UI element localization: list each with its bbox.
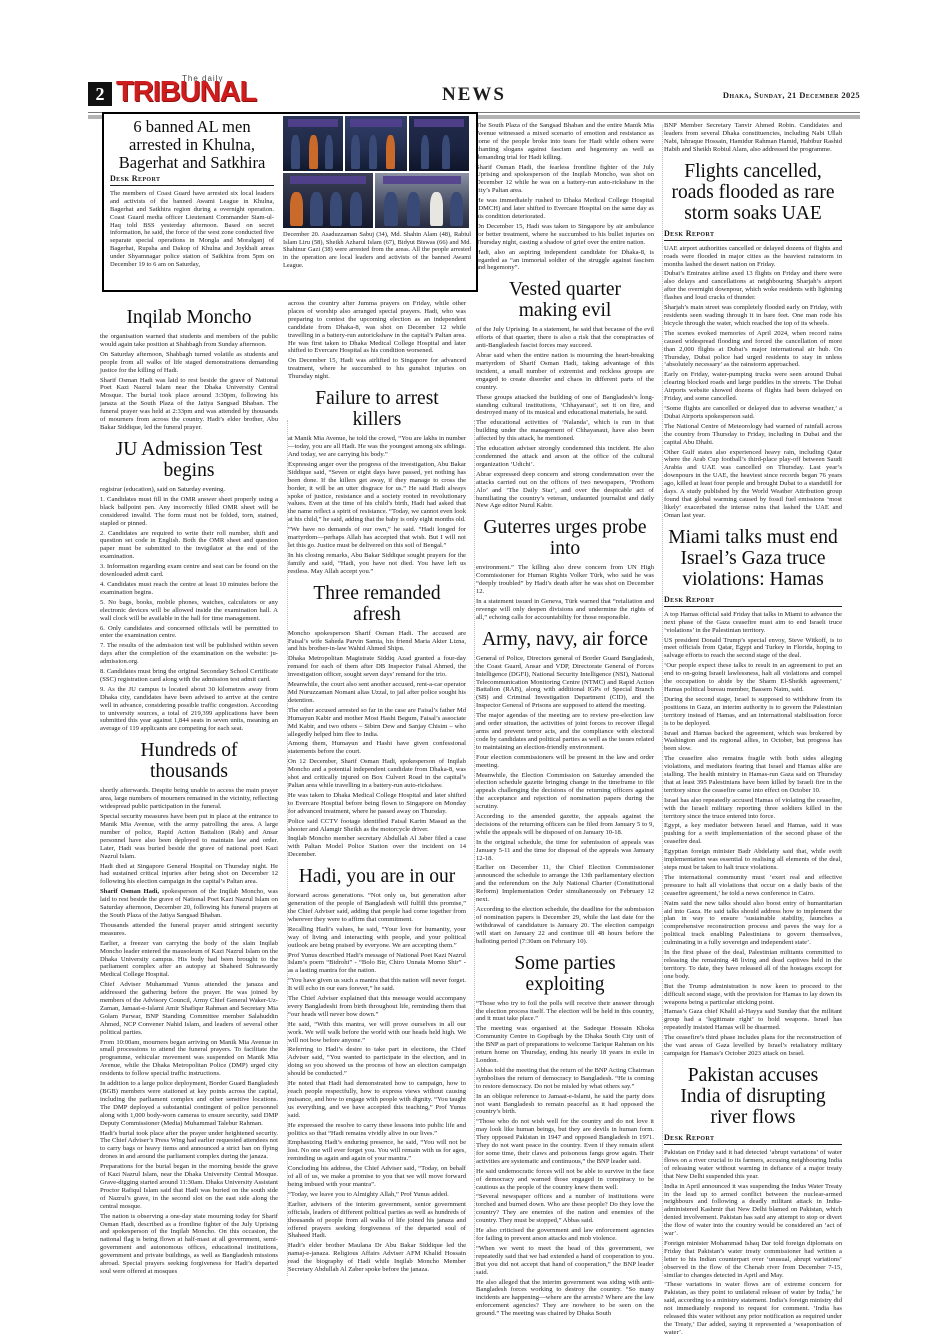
article-paragraph: 3. Information regarding exam centre and… — [100, 563, 278, 579]
article-paragraph: In the first phase of the deal, Palestin… — [664, 949, 842, 981]
article-paragraph: 8. Candidates must bring the original Se… — [100, 668, 278, 684]
article-paragraph: The major agendas of the meeting are to … — [476, 712, 654, 752]
article-paragraph: Sharif Osman Hadi, spokesperson of the I… — [100, 888, 278, 920]
article-paragraph: Abrar expressed deep concern and strong … — [476, 471, 654, 511]
article-paragraph: December 20. Asaduzzaman Sabuj (34), Md.… — [283, 231, 471, 269]
article-headline: Hundreds of thousands — [102, 740, 276, 782]
arrest-photo-2 — [345, 116, 407, 171]
article-paragraph: Dubai’s Emirates airline axed 13 flights… — [664, 270, 842, 302]
lead-article-text: 6 banned AL men arrested in Khulna, Bage… — [104, 114, 280, 290]
article-paragraph: UAE airport authorities cancelled or del… — [664, 245, 842, 269]
article-paragraph: The international community must ‘exert … — [664, 874, 842, 898]
article-paragraph: Meanwhile, the Election Commission on Sa… — [476, 772, 654, 812]
article-paragraph: Abbas told the meeting that the return o… — [476, 1067, 654, 1091]
article-paragraph: But the Trump administration is now keen… — [664, 983, 842, 1007]
article-paragraph: Earlier, a freezer van carrying the body… — [100, 940, 278, 980]
article-paragraph: The education adviser strongly condemned… — [476, 445, 654, 469]
article-paragraph: Hadi’s elder brother Maulana Dr Abu Baka… — [288, 1242, 466, 1274]
news-column-2: across the country after Jumma prayers o… — [288, 122, 466, 1336]
article-paragraph: “We have no demands of our own,” he said… — [288, 526, 466, 550]
arrest-photo-1 — [283, 116, 343, 171]
article-paragraph: US president Donald Trump’s special envo… — [664, 637, 842, 661]
article-paragraph: India in April announced it was suspendi… — [664, 1183, 842, 1238]
lead-article-photos: December 20. Asaduzzaman Sabuj (34), Md.… — [280, 114, 474, 290]
article-paragraph: forward across generations. “Not only us… — [288, 892, 466, 924]
article-paragraph: “Today, we leave you to Almighty Allah,”… — [288, 1191, 466, 1199]
byline: Desk Report — [110, 174, 274, 186]
article-paragraph: He also alleged that the interim governm… — [476, 1279, 654, 1319]
article-paragraph: According to the election schedule, the … — [476, 906, 654, 946]
article-headline: Hadi, you are in our — [290, 866, 464, 887]
photo-grid — [283, 116, 471, 228]
article-paragraph: Naim said the new talks should also boos… — [664, 900, 842, 947]
article-headline: Miami talks must end Israel’s Gaza truce… — [666, 527, 840, 590]
article-paragraph: Foreign minister Mohammad Ishaq Dar told… — [664, 1240, 842, 1280]
arrest-photo-4 — [283, 173, 373, 228]
article-headline: Inqilab Moncho — [102, 307, 276, 328]
article-paragraph: Hamas’s Gaza chief Khalil al-Hayya said … — [664, 1008, 842, 1032]
arrest-photo-3 — [409, 116, 469, 171]
article-paragraph: Chief Adviser Muhammad Yunus attended th… — [100, 981, 278, 1036]
dateline: Dhaka, Sunday, 21 December 2025 — [723, 90, 860, 100]
article-paragraph: The South Plaza of the Sangsad Bhaban an… — [476, 122, 654, 162]
article-paragraph: “Those who try to foil the polls will re… — [476, 1000, 654, 1024]
article-paragraph: Hadi’s burial took place after the praye… — [100, 1130, 278, 1162]
news-column-4: BNP Member Secretary Tanvir Ahmed Robin.… — [664, 122, 842, 1336]
article-paragraph: According to the amended gazette, the ap… — [476, 813, 654, 837]
article-paragraph: Israel has also repeatedly accused Hamas… — [664, 797, 842, 821]
article-paragraph: General of Police, Directors general of … — [476, 655, 654, 710]
article-paragraph: Other Gulf states also experienced heavy… — [664, 449, 842, 520]
article-paragraph: Hadi, also an aspiring independent candi… — [476, 249, 654, 273]
article-paragraph: In a statement issued in Geneva, Türk wa… — [476, 598, 654, 622]
article-paragraph: The nation is observing a one-day state … — [100, 1213, 278, 1276]
article-paragraph: On Saturday afternoon, Shahbagh turned v… — [100, 351, 278, 375]
arrest-photo-5 — [375, 173, 469, 228]
byline: Desk Report — [664, 1133, 842, 1145]
article-paragraph: 6. Only candidates and concerned officia… — [100, 625, 278, 641]
byline: Desk Report — [664, 595, 842, 607]
news-column-1: Inqilab Monchothe organisation warned th… — [100, 122, 278, 1336]
news-column-3: The South Plaza of the Sangsad Bhaban an… — [476, 122, 654, 1336]
byline: Desk Report — [664, 229, 842, 241]
article-paragraph: the organisation warned that students an… — [100, 333, 278, 349]
article-paragraph: Sharif Osman Hadi, the fearless frontlin… — [476, 164, 654, 196]
article-paragraph: In the original schedule, the time for s… — [476, 839, 654, 863]
article-paragraph: Sharjah’s main street was completely flo… — [664, 304, 842, 328]
article-paragraph: He expressed the resolve to carry these … — [288, 1122, 466, 1138]
article-paragraph: Four election commissioners will be pres… — [476, 754, 654, 770]
article-paragraph: From 10:00am, mourners began arriving on… — [100, 1039, 278, 1079]
article-paragraph: Concluding his address, the Chief Advise… — [288, 1165, 466, 1189]
article-paragraph: On December 15, Hadi was airlifted to Si… — [288, 357, 466, 381]
article-paragraph: Hadi died at Singapore General Hospital … — [100, 863, 278, 887]
article-paragraph: Prof Yunus described Hadi’s message of N… — [288, 952, 466, 976]
article-paragraph: He was taken to Dhaka Medical College Ho… — [288, 792, 466, 816]
article-paragraph: at Manik Mia Avenue, he told the crowd, … — [288, 435, 466, 459]
article-paragraph: registrar (education), said on Saturday … — [100, 486, 278, 494]
article-paragraph: He also criticised the government and la… — [476, 1227, 654, 1243]
article-headline: Flights cancelled, roads flooded as rare… — [666, 161, 840, 224]
article-paragraph: Meanwhile, the court also sent another a… — [288, 681, 466, 705]
article-headline: Pakistan accuses India of disrupting riv… — [666, 1065, 840, 1128]
article-paragraph: Egyptian foreign minister Badr Abdelatty… — [664, 848, 842, 872]
article-headline: Guterres urges probe into — [478, 517, 652, 559]
article-paragraph: Abrar said when the entire nation is mou… — [476, 352, 654, 392]
news-columns: Inqilab Monchothe organisation warned th… — [100, 122, 852, 1336]
article-paragraph: The other accused arrested so far in the… — [288, 707, 466, 739]
article-paragraph: 4. Candidates must reach the centre at l… — [100, 581, 278, 597]
page-header: 2 The daily TRIBUNAL NEWS Dhaka, Sunday,… — [88, 80, 860, 110]
article-paragraph: The National Centre of Meteorology had w… — [664, 423, 842, 447]
article-paragraph: 1. Candidates must fill in the OMR answe… — [100, 496, 278, 528]
article-paragraph: Dhaka Metropolitan Magistrate Siddiq Aza… — [288, 655, 466, 679]
article-paragraph: The ceasefire’s third phase includes pla… — [664, 1034, 842, 1058]
article-paragraph: of the July Uprising. In a statement, he… — [476, 326, 654, 350]
article-paragraph: Sharif Osman Hadi was laid to rest besid… — [100, 377, 278, 432]
article-paragraph: “When we went to meet the head of this g… — [476, 1245, 654, 1277]
article-paragraph: Israel and Hamas backed the agreement, w… — [664, 730, 842, 754]
article-paragraph: In addition to a large police deployment… — [100, 1080, 278, 1127]
article-paragraph: The educational activities of ‘Nalanda’,… — [476, 419, 654, 443]
article-paragraph: 2. Candidates are required to write thei… — [100, 530, 278, 562]
article-paragraph: The Chief Adviser explained that this me… — [288, 995, 466, 1019]
article-paragraph: 7. The results of the admission test wil… — [100, 642, 278, 666]
article-paragraph: A top Hamas official said Friday that ta… — [664, 611, 842, 635]
article-paragraph: These groups attacked the building of on… — [476, 394, 654, 418]
article-paragraph: across the country after Jumma prayers o… — [288, 300, 466, 355]
article-paragraph: Police said CCTV footage identified Fais… — [288, 818, 466, 834]
article-paragraph: The ceasefire also remains fragile with … — [664, 755, 842, 795]
article-paragraph: Among them, Humayun and Hashi have given… — [288, 740, 466, 756]
article-paragraph: Recalling Hadi’s values, he said, “Your … — [288, 926, 466, 950]
article-paragraph: 5. No bags, books, mobile phones, watche… — [100, 599, 278, 623]
article-paragraph: Moncho spokesperson Sharif Osman Hadi. T… — [288, 630, 466, 654]
article-paragraph: He said, “With this mantra, we will prov… — [288, 1021, 466, 1045]
article-paragraph: ‘Some flights are cancelled or delayed d… — [664, 405, 842, 421]
article-paragraph: “You have given us such a mantra that th… — [288, 977, 466, 993]
article-paragraph: Egypt, a key mediator between Israel and… — [664, 822, 842, 846]
article-paragraph: On 12 December, Sharif Osman Hadi, spoke… — [288, 758, 466, 790]
article-paragraph: Referring to Hadi’s desire to take part … — [288, 1046, 466, 1078]
article-paragraph: Preparations for the burial began in the… — [100, 1163, 278, 1210]
article-headline: Failure to arrest killers — [290, 388, 464, 430]
lead-article-box: 6 banned AL men arrested in Khulna, Bage… — [102, 112, 478, 292]
article-paragraph: Early on Friday, water-pumping trucks we… — [664, 371, 842, 403]
article-paragraph: ‘These variations in water flows are of … — [664, 1281, 842, 1336]
article-paragraph: He noted that Hadi had demonstrated how … — [288, 1080, 466, 1120]
article-paragraph: Emphasizing Hadi’s enduring presence, he… — [288, 1139, 466, 1163]
article-paragraph: He said undemocratic forces will not be … — [476, 1168, 654, 1192]
article-headline: Some parties exploiting — [478, 953, 652, 995]
article-paragraph: 9. As the JU campus is located about 30 … — [100, 686, 278, 733]
article-paragraph: The meeting was organised at the Sadeque… — [476, 1025, 654, 1065]
article-headline: JU Admission Test begins — [102, 439, 276, 481]
article-paragraph: BNP Member Secretary Tanvir Ahmed Robin.… — [664, 122, 842, 154]
article-paragraph: environment.” The killing also drew conc… — [476, 564, 654, 596]
article-headline: Army, navy, air force — [478, 629, 652, 650]
article-paragraph: In his closing remarks, Abu Bakar Siddiq… — [288, 552, 466, 576]
article-paragraph: Inqilab Moncho member secretary Abdullah… — [288, 835, 466, 859]
article-paragraph: Earlier on December 11, the Chief Electi… — [476, 864, 654, 904]
article-paragraph: Special security measures have been put … — [100, 813, 278, 860]
article-headline: 6 banned AL men arrested in Khulna, Bage… — [110, 118, 274, 171]
article-paragraph: In an oblique reference to Jamaat-e-Isla… — [476, 1093, 654, 1117]
article-paragraph: Earlier, advisers of the interim governm… — [288, 1201, 466, 1241]
article-paragraph: ‘Our people expect these talks to result… — [664, 662, 842, 694]
article-paragraph: The members of Coast Guard have arrested… — [110, 190, 274, 268]
article-paragraph: He was immediately rushed to Dhaka Medic… — [476, 197, 654, 221]
article-headline: Three remanded afresh — [290, 583, 464, 625]
article-paragraph: The scenes evoked memories of April 2024… — [664, 330, 842, 370]
article-paragraph: Pakistan on Friday said it had detected … — [664, 1149, 842, 1181]
article-paragraph: Expressing anger over the progress of th… — [288, 461, 466, 524]
article-paragraph: During the second stage, Israel is suppo… — [664, 696, 842, 728]
article-paragraph: Thousands attended the funeral prayer am… — [100, 922, 278, 938]
article-paragraph: “Several newspaper offices and a number … — [476, 1193, 654, 1225]
article-headline: Vested quarter making evil — [478, 279, 652, 321]
article-paragraph: On December 15, Hadi was taken to Singap… — [476, 223, 654, 247]
article-paragraph: “Those who do not wish well for the coun… — [476, 1118, 654, 1165]
newspaper-page: 2 The daily TRIBUNAL NEWS Dhaka, Sunday,… — [0, 0, 945, 1336]
article-paragraph: shortly afterwards. Despite being unable… — [100, 787, 278, 811]
